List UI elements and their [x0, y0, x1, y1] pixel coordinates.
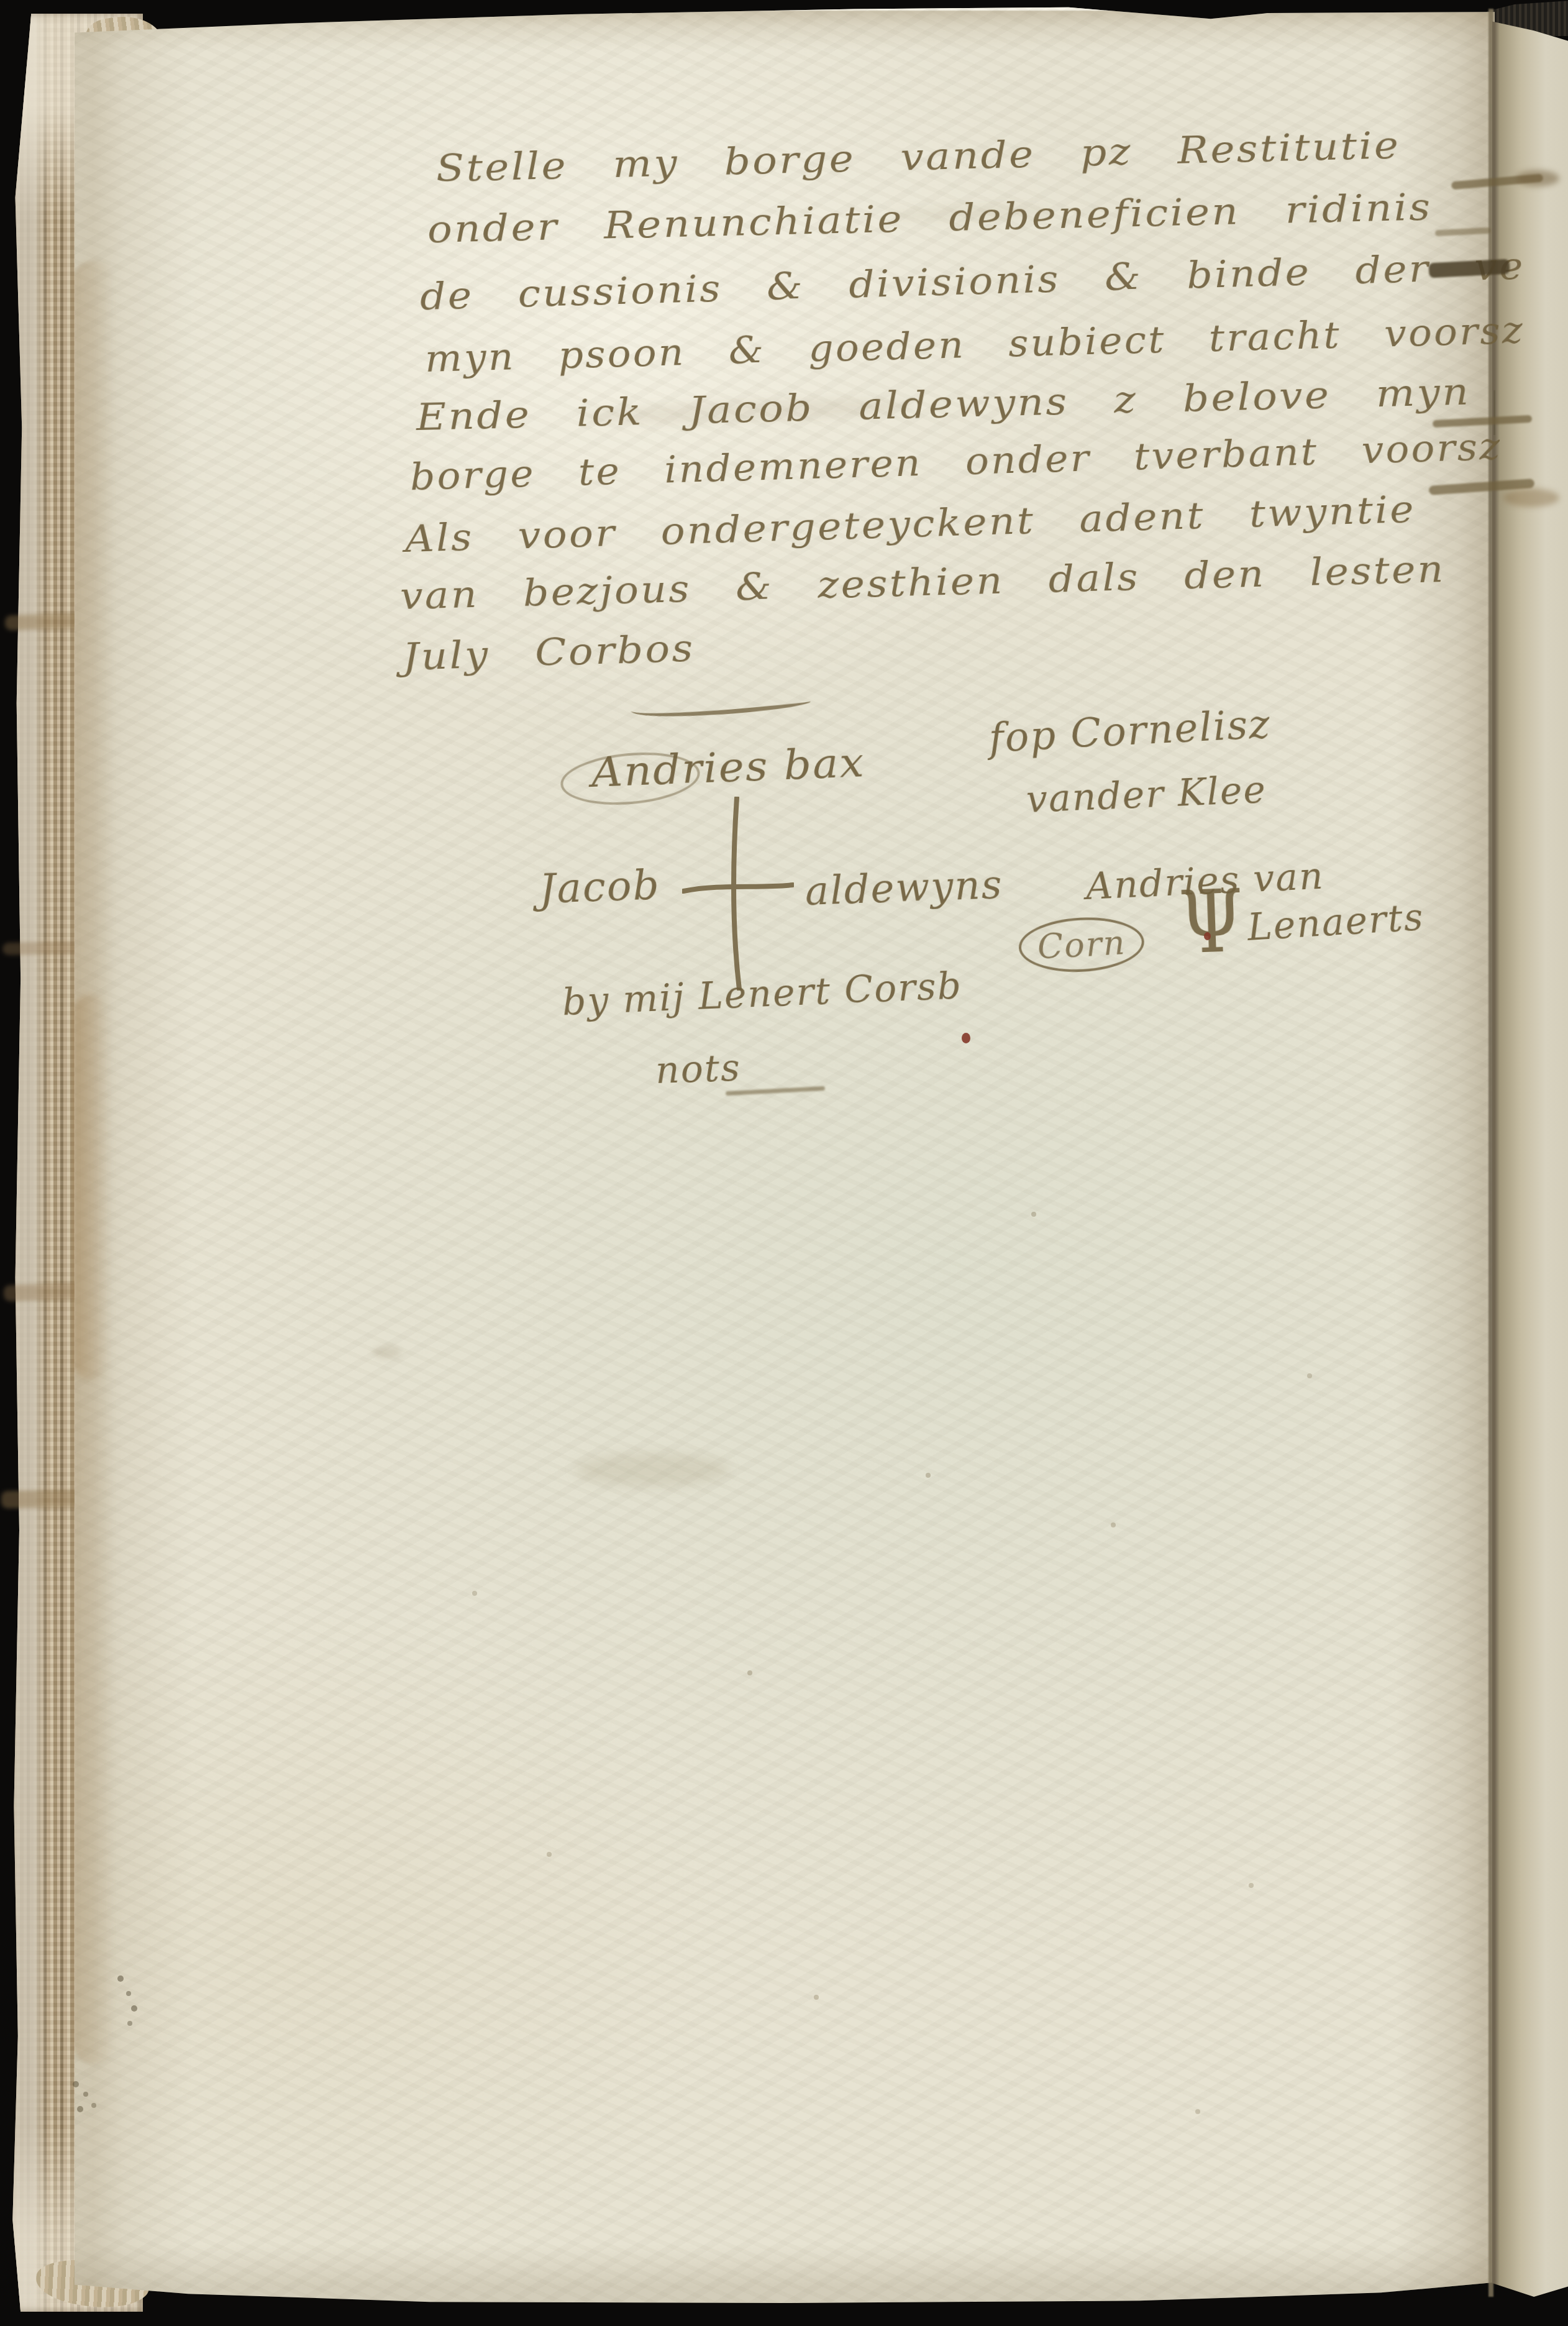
ink-smear [1503, 488, 1559, 507]
handwritten-line: de cussionis & divisionis & binde der ve [419, 247, 1525, 316]
signature-principal-last: aldewyns [805, 862, 1004, 915]
signature-principal-first: Jacob [539, 861, 661, 913]
handwritten-line: July Corbos [402, 630, 695, 676]
stain [373, 1346, 401, 1358]
signature-witness-1: Andries bax [591, 738, 866, 797]
paper-specks [0, 0, 2, 2]
merchant-mark-icon: Ψ [1177, 870, 1245, 973]
handwritten-line: Ende ick Jacob aldewyns z belove myn [416, 373, 1470, 436]
red-ink-dot [1204, 932, 1211, 940]
handwritten-line: onder Renunchiatie debeneficien ridinis [427, 188, 1433, 249]
signature-notary-line2: nots [655, 1046, 742, 1092]
handwritten-line: borge te indemneren onder tverbant voors… [409, 428, 1502, 496]
signature-witness-2-line1: fop Cornelisz [988, 701, 1272, 762]
handwritten-line: myn psoon & goeden subiect tracht voorsz [424, 312, 1525, 378]
handwritten-line: Als voor ondergeteyckent adent twyntie [404, 491, 1416, 558]
jacob-handmark-cross-icon [682, 797, 794, 991]
stain [575, 1453, 730, 1487]
signature-witness-3-last: Lenaerts [1246, 895, 1426, 950]
pen-flourish [630, 687, 811, 722]
scanned-manuscript-photo: Stelle my borge vande pz Restitutie onde… [0, 0, 1568, 2326]
handwritten-line: van bezjous & zesthien dals den lesten [399, 551, 1446, 615]
ink-dash [1435, 227, 1491, 237]
handwriting-layer: Stelle my borge vande pz Restitutie onde… [0, 0, 1568, 2326]
signature-witness-2-line2: vander Klee [1026, 768, 1268, 822]
ink-smear [1516, 170, 1559, 186]
signature-notary-line1: by mij Lenert Corsb [562, 964, 964, 1024]
handwritten-line: Stelle my borge vande pz Restitutie [435, 127, 1401, 188]
signature-witness-3-pre: Corn [1018, 914, 1146, 974]
red-ink-dot [962, 1033, 970, 1043]
